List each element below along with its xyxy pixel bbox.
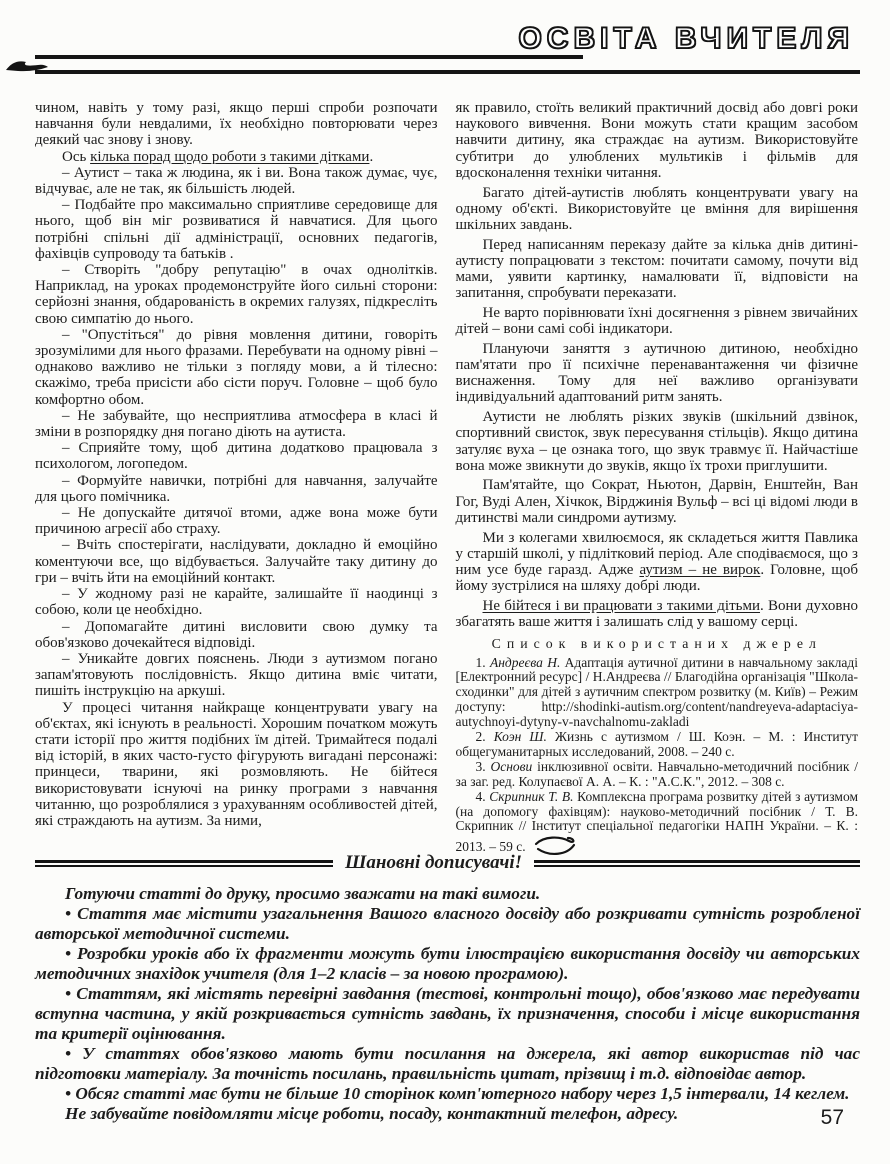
paragraph: – У жодному разі не карайте, залишайте ї…	[35, 586, 438, 618]
text-segment: аутизм – не вирок	[639, 562, 760, 578]
paragraph: – Не забувайте, що несприятлива атмосфер…	[35, 408, 438, 440]
text-segment: Основи	[490, 759, 532, 774]
text-segment: Скрипник Т. В.	[489, 789, 573, 804]
text-segment: Плануючи заняття з аутичною дитиною, нео…	[456, 341, 859, 406]
journal-section-title: ОСВІТА ВЧИТЕЛЯ	[518, 22, 854, 56]
text-segment: 4.	[476, 789, 490, 804]
paragraph: Не варто порівнювати їхні досягнення з р…	[456, 305, 859, 337]
article-body: чином, навіть у тому разі, якщо перші сп…	[35, 100, 858, 858]
divider-rule-left	[35, 860, 333, 867]
text-segment: – Не забувайте, що несприятлива атмосфер…	[35, 408, 438, 440]
text-segment: Готуючи статті до друку, просимо зважати…	[65, 884, 540, 903]
paragraph: Ось кілька порад щодо роботи з такими ді…	[35, 149, 438, 165]
text-segment: – "Опустіться" до рівня мовлення дитини,…	[35, 327, 438, 408]
contributors-heading: Шановні дописувачі!	[345, 852, 522, 874]
right-column: як правило, стоїть великий практичний до…	[456, 100, 859, 858]
text-segment: – Вчіть спостерігати, наслідувати, докла…	[35, 537, 438, 585]
paragraph: • Розробки уроків або їх фрагменти можут…	[35, 944, 860, 984]
references-list: 1. Андреєва Н. Адаптація аутичної дитини…	[456, 656, 859, 859]
paragraph: Ми з колегами хвилюємося, як складеться …	[456, 530, 859, 595]
text-segment: – Подбайте про максимально сприятливе се…	[35, 197, 438, 262]
text-segment: Перед написанням переказу дайте за кільк…	[456, 237, 859, 302]
text-segment: 3.	[476, 759, 491, 774]
text-segment: Не бійтеся і ви працювати з такими дітьм…	[483, 598, 761, 614]
paragraph: • Стаття має містити узагальнення Вашого…	[35, 904, 860, 944]
paragraph: – Допомагайте дитині висловити свою думк…	[35, 619, 438, 651]
text-segment: Не забувайте повідомляти місце роботи, п…	[65, 1104, 678, 1123]
scanned-journal-page: ОСВІТА ВЧИТЕЛЯ чином, навіть у тому разі…	[0, 0, 890, 1164]
text-segment: • Статтям, які містять перевірні завданн…	[35, 984, 860, 1043]
text-segment: Андреєва Н.	[490, 655, 560, 670]
text-segment: Пам'ятайте, що Сократ, Ньютон, Дарвін, Е…	[456, 477, 859, 525]
text-segment: – Сприяйте тому, щоб дитина додатково пр…	[35, 440, 438, 472]
text-segment: • У статтях обов'язково мають бути посил…	[35, 1044, 860, 1083]
paragraph: Перед написанням переказу дайте за кільк…	[456, 237, 859, 302]
divider-rule-right	[534, 860, 860, 867]
paragraph: Не бійтеся і ви працювати з такими дітьм…	[456, 598, 859, 630]
paragraph: як правило, стоїть великий практичний до…	[456, 100, 859, 181]
paragraph: – Сприяйте тому, щоб дитина додатково пр…	[35, 440, 438, 472]
paragraph: • У статтях обов'язково мають бути посил…	[35, 1044, 860, 1084]
text-segment: • Стаття має містити узагальнення Вашого…	[35, 904, 860, 943]
paragraph: Багато дітей-аутистів люблять концентрув…	[456, 185, 859, 234]
paragraph: 2. Коэн Ш. Жизнь с аутизмом / Ш. Коэн. –…	[456, 730, 859, 760]
text-segment: 1.	[476, 655, 490, 670]
paragraph: – Аутист – така ж людина, як і ви. Вона …	[35, 165, 438, 197]
paragraph: чином, навіть у тому разі, якщо перші сп…	[35, 100, 438, 149]
paragraph: Пам'ятайте, що Сократ, Ньютон, Дарвін, Е…	[456, 477, 859, 526]
text-segment: – Не допускайте дитячої втоми, адже вона…	[35, 505, 438, 537]
text-segment: – Уникайте довгих пояснень. Люди з аутиз…	[35, 651, 438, 699]
paragraph: Плануючи заняття з аутичною дитиною, нео…	[456, 341, 859, 406]
masthead-rule-short	[35, 55, 583, 59]
text-segment: • Обсяг статті має бути не більше 10 сто…	[65, 1084, 849, 1103]
paragraph: Готуючи статті до друку, просимо зважати…	[35, 884, 860, 904]
text-segment: як правило, стоїть великий практичний до…	[456, 100, 859, 181]
left-column: чином, навіть у тому разі, якщо перші сп…	[35, 100, 438, 858]
paragraph: – Вчіть спостерігати, наслідувати, докла…	[35, 537, 438, 586]
paragraph: Аутисти не люблять різких звуків (шкільн…	[456, 409, 859, 474]
paragraph: 4. Скрипник Т. В. Комплексна програма ро…	[456, 790, 859, 859]
paragraph: • Обсяг статті має бути не більше 10 сто…	[35, 1084, 860, 1104]
page-number: 57	[821, 1106, 844, 1130]
paragraph: – Створіть "добру репутацію" в очах одно…	[35, 262, 438, 327]
text-segment: – У жодному разі не карайте, залишайте ї…	[35, 586, 438, 618]
text-segment: Багато дітей-аутистів люблять концентрув…	[456, 185, 859, 233]
text-segment: Ось	[62, 149, 90, 165]
paragraph: Не забувайте повідомляти місце роботи, п…	[35, 1104, 860, 1124]
text-segment: кілька порад щодо роботи з такими діткам…	[90, 149, 369, 165]
text-segment: Коэн Ш.	[494, 729, 547, 744]
text-segment: .	[369, 149, 373, 165]
paragraph: – Формуйте навички, потрібні для навчанн…	[35, 473, 438, 505]
text-segment: 2.	[476, 729, 494, 744]
text-segment: – Допомагайте дитині висловити свою думк…	[35, 619, 438, 651]
text-segment: – Формуйте навички, потрібні для навчанн…	[35, 473, 438, 505]
contributors-divider: Шановні дописувачі!	[35, 852, 860, 874]
text-segment: У процесі читання найкраще концентрувати…	[35, 700, 438, 829]
text-segment: чином, навіть у тому разі, якщо перші сп…	[35, 100, 438, 148]
paragraph: – Не допускайте дитячої втоми, адже вона…	[35, 505, 438, 537]
text-segment: Не варто порівнювати їхні досягнення з р…	[456, 305, 859, 337]
paragraph: 3. Основи інклюзивної освіти. Навчально-…	[456, 760, 859, 790]
paragraph: – Подбайте про максимально сприятливе се…	[35, 197, 438, 262]
paragraph: – Уникайте довгих пояснень. Люди з аутиз…	[35, 651, 438, 700]
text-segment: – Аутист – така ж людина, як і ви. Вона …	[35, 165, 438, 197]
right-column-text: як правило, стоїть великий практичний до…	[456, 100, 859, 630]
contributors-notes: Готуючи статті до друку, просимо зважати…	[35, 884, 860, 1124]
references-heading: Список використаних джерел	[456, 636, 859, 652]
text-segment: – Створіть "добру репутацію" в очах одно…	[35, 262, 438, 327]
text-segment: • Розробки уроків або їх фрагменти можут…	[35, 944, 860, 983]
text-segment: Аутисти не люблять різких звуків (шкільн…	[456, 409, 859, 474]
paragraph: – "Опустіться" до рівня мовлення дитини,…	[35, 327, 438, 408]
masthead-rule-full	[35, 70, 860, 74]
paragraph: • Статтям, які містять перевірні завданн…	[35, 984, 860, 1044]
paragraph: У процесі читання найкраще концентрувати…	[35, 700, 438, 830]
paragraph: 1. Андреєва Н. Адаптація аутичної дитини…	[456, 656, 859, 731]
